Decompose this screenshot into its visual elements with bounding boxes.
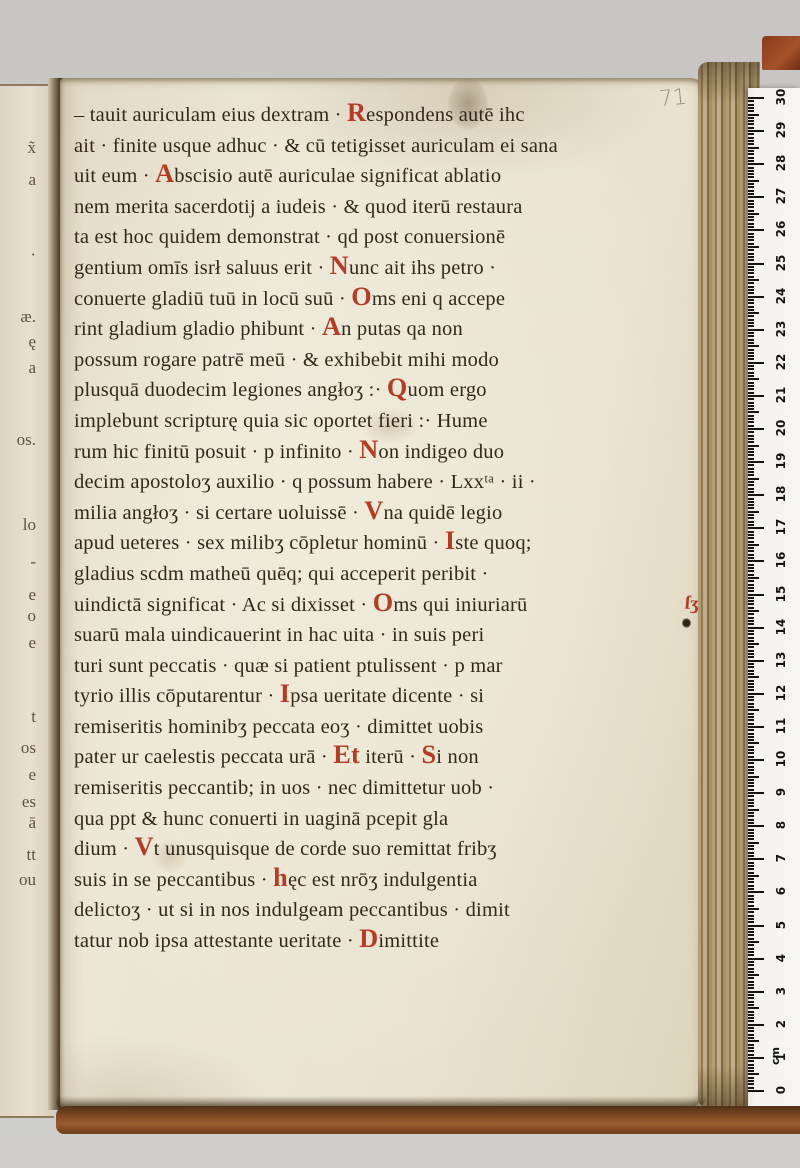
ruler-tick <box>748 739 754 741</box>
ruler-tick <box>748 362 764 364</box>
ruler-tick <box>748 633 754 635</box>
facing-page-fragment: ou <box>19 870 36 890</box>
ruler-tick <box>748 623 754 625</box>
ruler-tick <box>748 835 754 837</box>
ruler-tick <box>748 1083 754 1085</box>
ruler-tick <box>748 150 754 152</box>
ruler-tick <box>748 210 754 212</box>
ruler-number: 16 <box>774 547 788 573</box>
ruler-tick <box>748 799 754 801</box>
manuscript-line: rint gladium gladio phibunt · An putas q… <box>74 314 652 345</box>
ruler-number: 19 <box>774 448 788 474</box>
manuscript-line: tatur nob ipsa attestante ueritate · Dim… <box>74 926 652 957</box>
line-text: apud ueteres · sex milibʒ cōpletur homin… <box>74 532 445 554</box>
ruler-tick <box>748 881 754 883</box>
ruler-tick <box>748 461 764 463</box>
ruler-number: 26 <box>774 216 788 242</box>
ruler-tick <box>748 991 764 993</box>
ruler-number: 24 <box>774 283 788 309</box>
ruler-tick <box>748 203 754 205</box>
ruler-tick <box>748 378 759 380</box>
ruler-tick <box>748 325 754 327</box>
ruler-tick <box>748 650 754 652</box>
ruler-tick <box>748 815 754 817</box>
facing-page-fragment: e <box>28 633 36 653</box>
ruler-tick <box>748 968 754 970</box>
ruler-tick <box>748 901 754 903</box>
manuscript-line: gentium omīs isrł saluus erit · Nunc ait… <box>74 253 652 284</box>
ruler-tick <box>748 656 754 658</box>
ruler-tick <box>748 100 754 102</box>
ruler-tick <box>748 600 754 602</box>
rubric-initial: I <box>445 526 455 555</box>
rubric-initial: A <box>155 159 174 188</box>
ruler-tick <box>748 776 759 778</box>
line-text: gladius scdm matheū quēq; qui acceperit … <box>74 563 489 585</box>
manuscript-line: suarū mala uindicauerint in hac uita · i… <box>74 620 652 651</box>
line-text: ms eni q accepe <box>372 288 505 310</box>
ruler-tick <box>748 676 759 678</box>
ruler-number: 18 <box>774 481 788 507</box>
ruler-tick <box>748 534 754 536</box>
rubric-initial: N <box>330 251 349 280</box>
ruler-tick <box>748 1011 754 1013</box>
ruler-tick <box>748 319 754 321</box>
ruler-tick <box>748 723 754 725</box>
facing-page-fragment: ā <box>28 813 36 833</box>
ruler-tick <box>748 812 754 814</box>
ruler-tick <box>748 127 754 129</box>
ruler-tick <box>748 570 754 572</box>
ruler-tick <box>748 114 759 116</box>
facing-page-fragment: os <box>21 738 36 758</box>
ruler-number: 30 <box>774 84 788 110</box>
facing-page-fragment: ę <box>28 332 36 352</box>
ruler-tick <box>748 809 759 811</box>
ruler-number: 29 <box>774 117 788 143</box>
line-text: possum rogare patrē meū · & exhibebit mi… <box>74 349 499 371</box>
ruler-tick <box>748 908 759 910</box>
ruler-number: 9 <box>774 779 788 805</box>
ruler-tick <box>748 104 754 106</box>
ruler-tick <box>748 938 754 940</box>
line-text: – tauit auriculam eius dextram · <box>74 104 347 126</box>
ruler-tick <box>748 729 754 731</box>
ruler-tick <box>748 438 754 440</box>
rubric-initial: N <box>359 435 378 464</box>
ruler-number: 3 <box>774 978 788 1004</box>
ruler-tick <box>748 358 754 360</box>
ruler-number: 15 <box>774 581 788 607</box>
ruler-tick <box>748 213 759 215</box>
ruler-tick <box>748 1014 754 1016</box>
ruler-tick <box>748 249 754 251</box>
facing-page-fragment: a <box>28 358 36 378</box>
ruler-tick <box>748 977 754 979</box>
ruler-number: 8 <box>774 812 788 838</box>
ruler-tick <box>748 564 754 566</box>
ruler-tick <box>748 315 754 317</box>
ruler-tick <box>748 312 759 314</box>
line-text: ta est hoc quidem demonstrat · qd post c… <box>74 226 505 248</box>
line-text: uit eum · <box>74 165 155 187</box>
ruler-tick <box>748 190 754 192</box>
ruler-tick <box>748 541 754 543</box>
ruler-tick <box>748 196 764 198</box>
line-text: unc ait ihs petro · <box>349 257 496 279</box>
facing-page-fragment: e <box>28 765 36 785</box>
ruler-number: 23 <box>774 316 788 342</box>
ruler-tick <box>748 468 754 470</box>
ruler-number: 25 <box>774 250 788 276</box>
ruler-tick <box>748 289 754 291</box>
ruler-tick <box>748 878 754 880</box>
ruler-tick <box>748 921 754 923</box>
ruler-tick <box>748 547 754 549</box>
line-text: uindictā significat · Ac si dixisset · <box>74 594 373 616</box>
ruler-number: 17 <box>774 514 788 540</box>
ruler-tick <box>748 395 764 397</box>
ruler-tick <box>748 236 754 238</box>
facing-page-fragment: os. <box>17 430 36 450</box>
ruler-tick <box>748 246 759 248</box>
ruler-tick <box>748 1017 754 1019</box>
line-text: dium · <box>74 838 135 860</box>
ruler-tick <box>748 852 754 854</box>
ruler-tick <box>748 941 759 943</box>
ruler-tick <box>748 987 754 989</box>
manuscript-line: apud ueteres · sex milibʒ cōpletur homin… <box>74 528 652 559</box>
ruler-tick <box>748 971 754 973</box>
rubric-initial: I <box>280 679 290 708</box>
ruler-tick <box>748 848 754 850</box>
ruler-tick <box>748 590 754 592</box>
ruler-tick <box>748 335 754 337</box>
ruler-tick <box>748 524 754 526</box>
ruler-tick <box>748 607 754 609</box>
ruler-tick <box>748 375 754 377</box>
ruler-tick <box>748 709 759 711</box>
ruler-tick <box>748 110 754 112</box>
ruler-tick <box>748 1057 764 1059</box>
ruler-tick <box>748 282 754 284</box>
ruler-number: 1 <box>774 1044 788 1070</box>
ruler-tick <box>748 915 754 917</box>
ruler: cm 0123456789101112131415161718192021222… <box>748 88 800 1106</box>
ruler-tick <box>748 782 754 784</box>
ruler-tick <box>748 627 764 629</box>
ruler-tick <box>748 766 754 768</box>
ruler-tick <box>748 157 754 159</box>
ruler-tick <box>748 173 754 175</box>
ruler-tick <box>748 299 754 301</box>
line-text: psa ueritate dicente · si <box>290 685 484 707</box>
ruler-tick <box>748 259 754 261</box>
ruler-tick <box>748 580 754 582</box>
ruler-tick <box>748 1080 754 1082</box>
ruler-number: 2 <box>774 1011 788 1037</box>
ruler-tick <box>748 372 754 374</box>
ruler-tick <box>748 885 754 887</box>
line-text: remiseritis hominibʒ peccata eoʒ · dimit… <box>74 716 483 738</box>
ruler-tick <box>748 544 759 546</box>
manuscript-line: delictoʒ · ut si in nos indulgeam peccan… <box>74 895 652 926</box>
rubric-initial: V <box>135 832 154 861</box>
ruler-tick <box>748 183 754 185</box>
text-block: – tauit auriculam eius dextram · Respond… <box>74 100 652 957</box>
ruler-tick <box>748 123 754 125</box>
ruler-tick <box>748 855 754 857</box>
ruler-tick <box>748 994 754 996</box>
ruler-tick <box>748 1040 759 1042</box>
ruler-tick <box>748 643 759 645</box>
ruler-tick <box>748 1054 754 1056</box>
ruler-tick <box>748 521 754 523</box>
ruler-tick <box>748 153 754 155</box>
ruler-tick <box>748 229 764 231</box>
ruler-tick <box>748 587 754 589</box>
ruler-tick <box>748 696 754 698</box>
ruler-tick <box>748 686 754 688</box>
ruler-tick <box>748 332 754 334</box>
rubric-initial: S <box>422 740 437 769</box>
ruler-number: 5 <box>774 912 788 938</box>
ruler-tick <box>748 779 754 781</box>
ruler-tick <box>748 703 754 705</box>
ruler-tick <box>748 689 754 691</box>
manuscript-line: suis in se peccantibus · hęc est nrōʒ in… <box>74 865 652 896</box>
ruler-tick <box>748 382 754 384</box>
ruler-tick <box>748 981 754 983</box>
line-text: espondens autē ihc <box>366 104 524 126</box>
ruler-tick <box>748 405 754 407</box>
ruler-tick <box>748 574 754 576</box>
ruler-tick <box>748 392 754 394</box>
ruler-tick <box>748 484 754 486</box>
ruler-tick <box>748 944 754 946</box>
manuscript-line: dium · Vt unusquisque de corde suo remit… <box>74 834 652 865</box>
ruler-tick <box>748 567 754 569</box>
ruler-tick <box>748 845 754 847</box>
manuscript-line: possum rogare patrē meū · & exhibebit mi… <box>74 345 652 376</box>
ruler-tick <box>748 454 754 456</box>
left-fragments: x̃a·æ.ęaos.lo-eoetoseesāttou <box>0 86 54 1116</box>
facing-page-edge: x̃a·æ.ęaos.lo-eoetoseesāttou <box>0 84 54 1118</box>
manuscript-line: milia angłoʒ · si certare uoluissē · Vna… <box>74 498 652 529</box>
line-text: iterū · <box>360 746 422 768</box>
ruler-tick <box>748 1034 754 1036</box>
ruler-tick <box>748 911 754 913</box>
ruler-tick <box>748 646 754 648</box>
ruler-tick <box>748 554 754 556</box>
line-text: pater ur caelestis peccata urā · <box>74 746 333 768</box>
line-text: milia angłoʒ · si certare uoluissē · <box>74 502 364 524</box>
line-text: ste quoq; <box>455 532 531 554</box>
facing-page-fragment: e <box>28 585 36 605</box>
ruler-tick <box>748 1027 754 1029</box>
ruler-tick <box>748 342 754 344</box>
ruler-tick <box>748 176 754 178</box>
ruler-tick <box>748 699 754 701</box>
rubric-initial: D <box>359 924 378 953</box>
ruler-tick <box>748 928 754 930</box>
line-text: tatur nob ipsa attestante ueritate · <box>74 930 359 952</box>
ruler-tick <box>748 1044 754 1046</box>
ruler-tick <box>748 759 764 761</box>
ruler-tick <box>748 478 759 480</box>
line-text: suis in se peccantibus · <box>74 869 273 891</box>
ruler-tick <box>748 1067 754 1069</box>
ruler-tick <box>748 402 754 404</box>
ruler-tick <box>748 1007 759 1009</box>
ruler-tick <box>748 445 759 447</box>
ruler-tick <box>748 825 764 827</box>
ruler-tick <box>748 862 754 864</box>
ruler-tick <box>748 905 754 907</box>
rubric-initial: V <box>364 496 383 525</box>
ruler-tick <box>748 746 754 748</box>
ruler-tick <box>748 594 764 596</box>
ruler-tick <box>748 292 754 294</box>
ruler-tick <box>748 200 754 202</box>
ruler-tick <box>748 742 759 744</box>
ruler-tick <box>748 501 754 503</box>
ruler-tick <box>748 584 754 586</box>
ruler-number: 11 <box>774 713 788 739</box>
ruler-tick <box>748 471 754 473</box>
ruler-tick <box>748 272 754 274</box>
ruler-tick <box>748 832 754 834</box>
ruler-tick <box>748 279 759 281</box>
line-text: remiseritis peccantib; in uos · nec dimi… <box>74 777 494 799</box>
ruler-tick <box>748 1073 759 1075</box>
ruler-tick <box>748 934 754 936</box>
book-cover-edge <box>56 1106 800 1134</box>
ruler-tick <box>748 243 754 245</box>
photo-background: x̃a·æ.ęaos.lo-eoetoseesāttou 71 ſʒ – tau… <box>0 0 800 1168</box>
ruler-tick <box>748 1090 764 1092</box>
facing-page-fragment: es <box>22 792 36 812</box>
ruler-tick <box>748 792 764 794</box>
line-text: rum hic finitū posuit · p infinito · <box>74 441 359 463</box>
manuscript-line: implebunt scripturę quia sic oportet fie… <box>74 406 652 437</box>
ruler-tick <box>748 180 759 182</box>
ruler-tick <box>748 322 754 324</box>
ruler-tick <box>748 954 754 956</box>
ruler-tick <box>748 355 754 357</box>
ruler-tick <box>748 143 754 145</box>
ruler-tick <box>748 1060 754 1062</box>
ruler-tick <box>748 749 754 751</box>
ruler-tick <box>748 891 764 893</box>
ruler-number: 7 <box>774 845 788 871</box>
line-text: gentium omīs isrł saluus erit · <box>74 257 330 279</box>
ruler-number: 14 <box>774 614 788 640</box>
ruler-tick <box>748 339 754 341</box>
ruler-tick <box>748 719 754 721</box>
ruler-tick <box>748 762 754 764</box>
line-text: delictoʒ · ut si in nos indulgeam peccan… <box>74 899 510 921</box>
ruler-tick <box>748 140 754 142</box>
ruler-tick <box>748 795 754 797</box>
ruler-tick <box>748 223 754 225</box>
ruler-tick <box>748 418 754 420</box>
facing-page-fragment: · <box>30 245 36 265</box>
manuscript-line: – tauit auriculam eius dextram · Respond… <box>74 100 652 131</box>
ruler-tick <box>748 431 754 433</box>
ruler-number: 12 <box>774 680 788 706</box>
ruler-tick <box>748 1077 754 1079</box>
ruler-tick <box>748 603 754 605</box>
ruler-tick <box>748 226 754 228</box>
ruler-tick <box>748 1020 754 1022</box>
ruler-tick <box>748 352 754 354</box>
manuscript-line: ta est hoc quidem demonstrat · qd post c… <box>74 222 652 253</box>
ruler-tick <box>748 683 754 685</box>
manuscript-line: turi sunt peccatis · quæ si patient ptul… <box>74 651 652 682</box>
ruler-tick <box>748 365 754 367</box>
line-text: rint gladium gladio phibunt · <box>74 318 322 340</box>
ruler-tick <box>748 269 754 271</box>
ruler-tick <box>748 660 764 662</box>
ruler-tick <box>748 349 754 351</box>
manuscript-line: uit eum · Abscisio autē auriculae signif… <box>74 161 652 192</box>
line-text: ms qui iniuriarū <box>393 594 527 616</box>
ruler-tick <box>748 1050 754 1052</box>
manuscript-line: pater ur caelestis peccata urā · Et iter… <box>74 742 652 773</box>
ruler-tick <box>748 186 754 188</box>
ruler-tick <box>748 802 754 804</box>
ruler-tick <box>748 868 754 870</box>
ruler-tick <box>748 1001 754 1003</box>
ruler-tick <box>748 895 754 897</box>
ruler-tick <box>748 706 754 708</box>
ruler-tick <box>748 872 754 874</box>
line-text: suarū mala uindicauerint in hac uita · i… <box>74 624 484 646</box>
ruler-tick <box>748 491 754 493</box>
ruler-tick <box>748 785 754 787</box>
ruler-tick <box>748 1024 764 1026</box>
ruler-number: 4 <box>774 945 788 971</box>
ruler-tick <box>748 756 754 758</box>
ruler-tick <box>748 613 754 615</box>
ruler-tick <box>748 829 754 831</box>
ruler-tick <box>748 527 764 529</box>
ruler-tick <box>748 951 754 953</box>
manuscript-line: tyrio illis cōputarentur · Ipsa ueritate… <box>74 681 652 712</box>
ruler-tick <box>748 388 754 390</box>
ruler-tick <box>748 147 759 149</box>
ruler-tick <box>748 875 759 877</box>
ruler-tick <box>748 425 754 427</box>
ruler-tick <box>748 286 754 288</box>
line-text: tyrio illis cōputarentur · <box>74 685 280 707</box>
ruler-tick <box>748 964 754 966</box>
ruler-tick <box>748 266 754 268</box>
ruler-tick <box>748 256 754 258</box>
ruler-tick <box>748 421 754 423</box>
line-text: plusquā duodecim legiones angłoʒ :· <box>74 379 387 401</box>
ruler-tick <box>748 610 759 612</box>
ruler-tick <box>748 216 754 218</box>
ruler-tick <box>748 494 764 496</box>
ruler-tick <box>748 537 754 539</box>
manuscript-line: uindictā significat · Ac si dixisset · O… <box>74 590 652 621</box>
ruler-number: 10 <box>774 746 788 772</box>
manuscript-line: qua ppt & hunc conuerti in uaginā pcepit… <box>74 804 652 835</box>
line-text: on indigeo duo <box>378 441 504 463</box>
rubric-initial: A <box>322 312 341 341</box>
